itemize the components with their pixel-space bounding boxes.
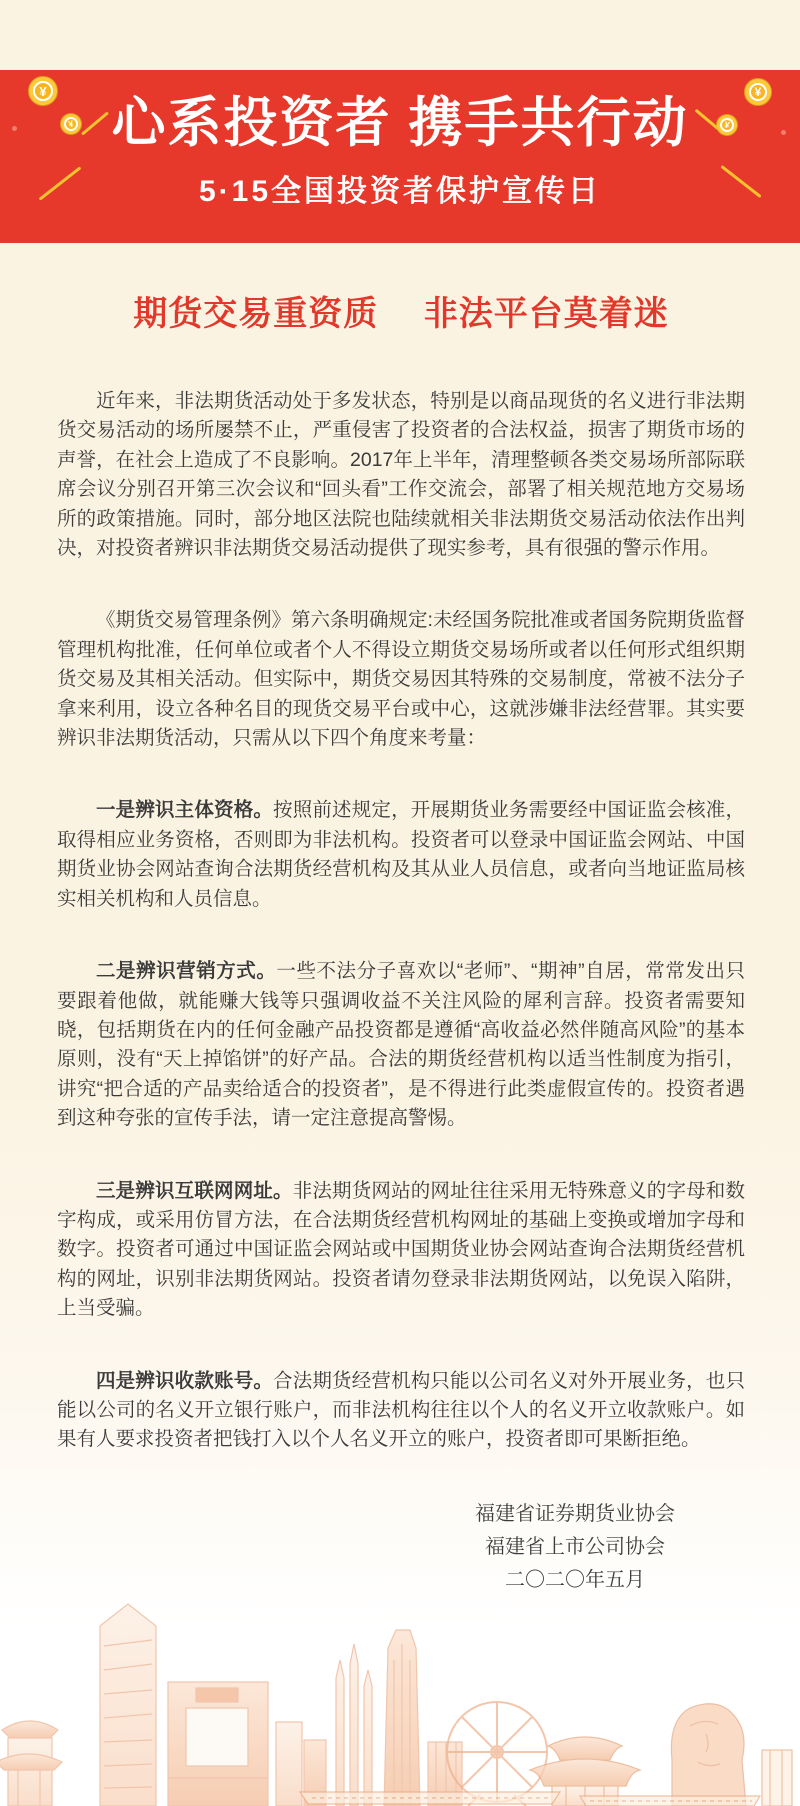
header-banner: ¥ ¥ ¥ ¥ 心系投资者 携手共行动 5·15全国投资者保护宣传日 [0, 70, 800, 243]
article-paragraphs: 近年来，非法期货活动处于多发状态，特别是以商品现货的名义进行非法期货交易活动的场… [57, 387, 745, 1455]
signature-block: 福建省证券期货业协会 福建省上市公司协会 二〇二〇年五月 [475, 1498, 675, 1597]
signature-org-2: 福建省上市公司协会 [475, 1531, 675, 1564]
paragraph-lead: 一是辨识主体资格。 [96, 799, 273, 821]
article-title: 期货交易重资质 非法平台莫着迷 [57, 292, 745, 336]
article-body: 期货交易重资质 非法平台莫着迷 近年来，非法期货活动处于多发状态，特别是以商品现… [0, 292, 800, 1597]
paragraph-point-1: 一是辨识主体资格。按照前述规定，开展期货业务需要经中国证监会核准，取得相应业务资… [57, 796, 745, 914]
paragraph-lead: 四是辨识收款账号。 [96, 1370, 273, 1392]
poster-page: ¥ ¥ ¥ ¥ 心系投资者 携手共行动 5·15全国投资者保护宣传日 期货交易重… [0, 0, 800, 1806]
paragraph-text: 《期货交易管理条例》第六条明确规定:未经国务院批准或者国务院期货监督管理机构批准… [57, 609, 745, 749]
paragraph-intro: 近年来，非法期货活动处于多发状态，特别是以商品现货的名义进行非法期货交易活动的场… [57, 387, 745, 563]
banner-title: 心系投资者 携手共行动 [0, 70, 800, 153]
paragraph-text: 近年来，非法期货活动处于多发状态，特别是以商品现货的名义进行非法期货交易活动的场… [57, 390, 745, 559]
coin-icon: ¥ [28, 76, 58, 106]
confetti-dot [781, 130, 786, 135]
paragraph-lead: 三是辨识互联网网址。 [96, 1180, 293, 1202]
signature-org-1: 福建省证券期货业协会 [475, 1498, 675, 1531]
signature-date: 二〇二〇年五月 [475, 1564, 675, 1597]
top-cream-strip [0, 0, 800, 70]
paragraph-regulation: 《期货交易管理条例》第六条明确规定:未经国务院批准或者国务院期货监督管理机构批准… [57, 606, 745, 753]
paragraph-point-2: 二是辨识营销方式。一些不法分子喜欢以“老师”、“期神”自居，常常发出只要跟着他做… [57, 957, 745, 1133]
coin-icon: ¥ [744, 78, 772, 106]
paragraph-lead: 二是辨识营销方式。 [96, 960, 276, 982]
yuan-symbol: ¥ [718, 116, 735, 133]
city-skyline-watermark [0, 1600, 800, 1806]
paragraph-point-4: 四是辨识收款账号。合法期货经营机构只能以公司名义对外开展业务，也只能以公司的名义… [57, 1367, 745, 1455]
banner-subtitle: 5·15全国投资者保护宣传日 [0, 166, 800, 210]
yuan-symbol: ¥ [33, 81, 53, 101]
yuan-symbol: ¥ [62, 115, 80, 133]
paragraph-text: 一些不法分子喜欢以“老师”、“期神”自居，常常发出只要跟着他做，就能赚大钱等只强… [57, 960, 745, 1129]
yuan-symbol: ¥ [749, 83, 768, 102]
paragraph-point-3: 三是辨识互联网网址。非法期货网站的网址往往采用无特殊意义的字母和数字构成，或采用… [57, 1177, 745, 1324]
confetti-dot [12, 126, 17, 131]
